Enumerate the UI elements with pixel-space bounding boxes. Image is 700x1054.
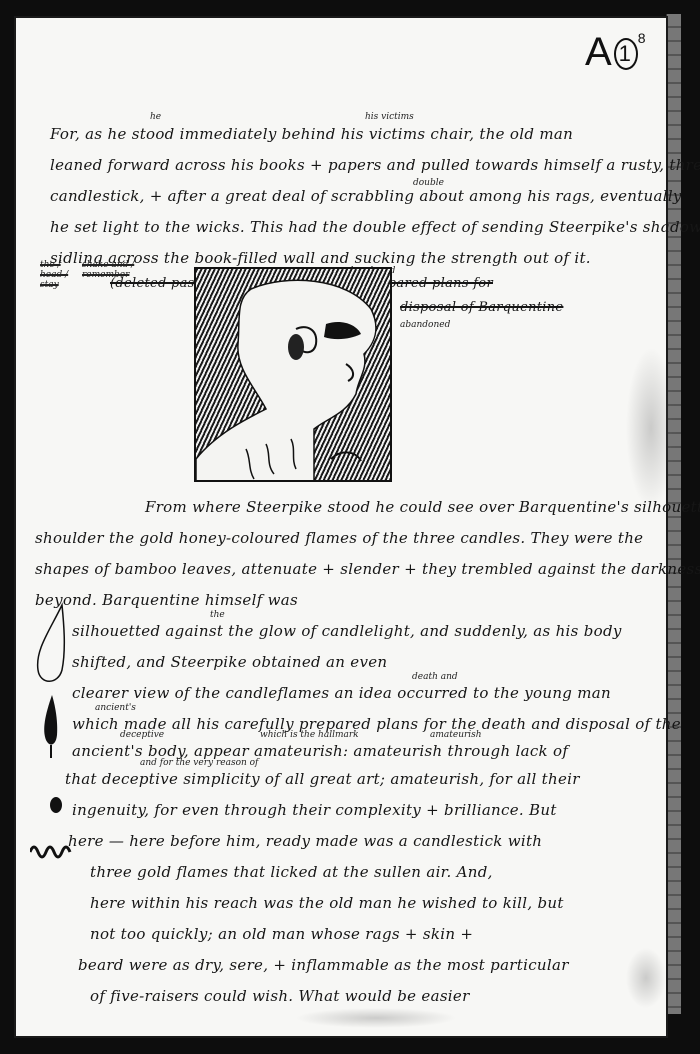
- manuscript-line: candlestick, + after a great deal of scr…: [50, 187, 682, 205]
- manuscript-line: he set light to the wicks. This had the …: [50, 218, 700, 236]
- ink-blot-icon: [50, 797, 62, 813]
- insertion-ancients: ancient's: [95, 703, 136, 713]
- manuscript-line: here — here before him, ready made was a…: [68, 832, 542, 850]
- insertion-for-the-very-reason: and for the very reason of: [140, 758, 258, 768]
- margin-note: the / head / stay: [40, 260, 80, 290]
- manuscript-line: clearer view of the candleflames an idea…: [72, 684, 611, 702]
- insertion-death-and: death and: [412, 672, 458, 682]
- manuscript-line: of five-raisers could wish. What would b…: [90, 987, 470, 1005]
- insertion-double: double: [413, 178, 444, 188]
- manuscript-line: ingenuity, for even through their comple…: [72, 801, 557, 819]
- paper-stain: [626, 948, 666, 1008]
- insertion-the: the: [210, 610, 225, 620]
- folio-superscript: 8: [638, 30, 648, 46]
- manuscript-line: For, as he stood immediately behind his …: [50, 125, 573, 143]
- paper-stain: [626, 348, 676, 508]
- old-man-profile-icon: [196, 269, 392, 482]
- paper-stain: [296, 1008, 456, 1028]
- insertion-his-victims: his victims: [365, 112, 414, 122]
- deleted-line: disposal of Barquentine: [400, 300, 563, 315]
- manuscript-line: here within his reach was the old man he…: [90, 894, 564, 912]
- insertion-hallmark: which is the hallmark: [260, 730, 359, 740]
- insertion-deceptive: deceptive: [120, 730, 164, 740]
- filled-flame-icon: [44, 695, 57, 745]
- insertion-amateurish: amateurish: [430, 730, 482, 740]
- manuscript-line: beard were as dry, sere, + inflammable a…: [78, 956, 569, 974]
- manuscript-line: shifted, and Steerpike obtained an even: [72, 653, 387, 671]
- abandoned-note: abandoned: [400, 320, 450, 330]
- manuscript-line: shapes of bamboo leaves, attenuate + sle…: [35, 560, 700, 578]
- portrait-illustration: [194, 267, 392, 482]
- manuscript-line: not too quickly; an old man whose rags +…: [90, 925, 473, 943]
- folio-circled-number: 1: [614, 38, 638, 70]
- manuscript-line: three gold flames that licked at the sul…: [90, 863, 493, 881]
- manuscript-line: shoulder the gold honey-coloured flames …: [35, 529, 643, 547]
- flame-outline-icon: [38, 605, 65, 681]
- manuscript-line: that deceptive simplicity of all great a…: [65, 770, 580, 788]
- folio-letter: A: [585, 30, 614, 74]
- manuscript-line: From where Steerpike stood he could see …: [145, 498, 700, 516]
- folio-number: A18: [585, 30, 647, 75]
- insertion-he: he: [150, 112, 161, 122]
- margin-doodles: [30, 600, 75, 860]
- manuscript-line: silhouetted against the glow of candleli…: [72, 622, 622, 640]
- manuscript-line: leaned forward across his books + papers…: [50, 156, 700, 174]
- margin-note: shake and / remember: [82, 260, 142, 280]
- squiggle-icon: [30, 847, 70, 857]
